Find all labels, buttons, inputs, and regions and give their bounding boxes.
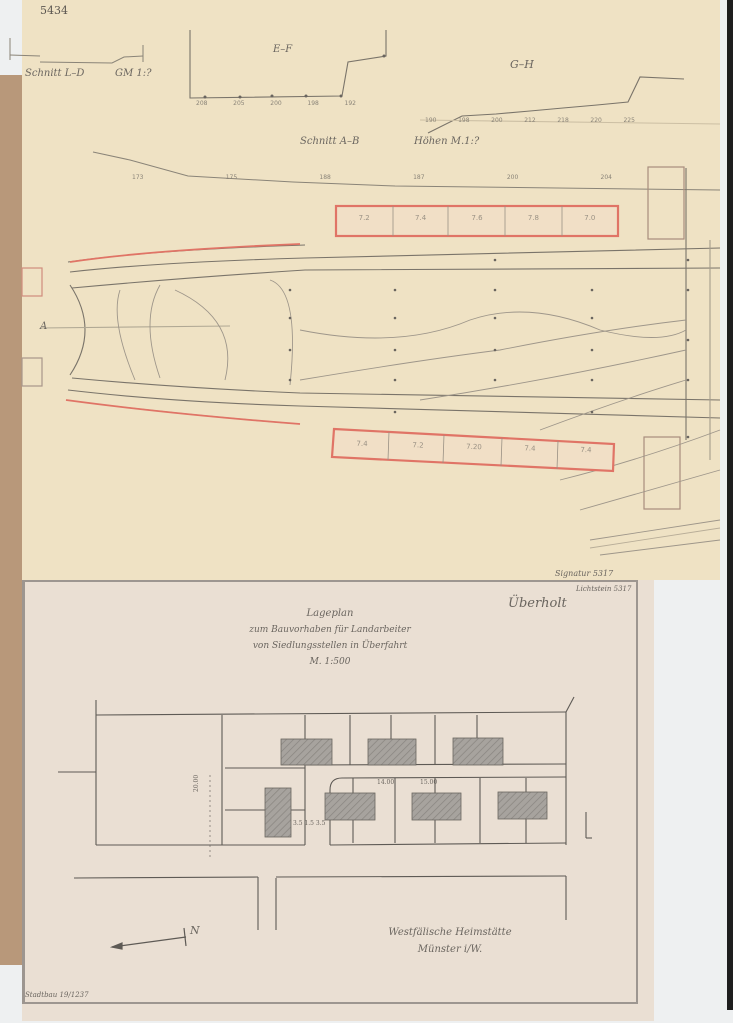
outline-lot-lower-right xyxy=(644,437,680,509)
profile-gh-label: G–H xyxy=(510,58,534,71)
building-2 xyxy=(368,739,416,765)
building-1 xyxy=(281,739,332,765)
profile-ef-dots xyxy=(204,55,386,99)
north-label: N xyxy=(190,924,200,937)
title-line-3: von Siedlungsstellen in Überfahrt xyxy=(180,638,480,654)
place-note: Lichtstein 5317 xyxy=(576,585,631,593)
dimension-horizontal-1: 14.00 xyxy=(377,779,394,786)
profile-ef xyxy=(190,30,386,98)
north-arrow-icon xyxy=(112,928,186,949)
profile-ef-label: E–F xyxy=(273,44,292,55)
signature-line-1: Westfälische Heimstätte xyxy=(360,924,540,941)
profile-ld-scale: GM 1:? xyxy=(115,68,152,79)
profile-gh xyxy=(420,77,720,133)
dimension-horizontal-2: 15.00 xyxy=(420,779,437,786)
profile-ld xyxy=(10,38,143,63)
dimension-vertical: 20.00 xyxy=(193,775,200,792)
building-3 xyxy=(453,738,503,765)
dimension-small: 3.5 1.5 3.5 xyxy=(293,820,325,827)
profile-ef-values: 208 205 200 198 192 xyxy=(196,100,356,107)
signature-line-2: Münster i/W. xyxy=(360,941,540,958)
archive-number: 5434 xyxy=(40,4,68,17)
red-road-edges xyxy=(66,244,300,424)
building-7 xyxy=(498,792,547,819)
profile-ab-label: Schnitt A–B xyxy=(300,136,359,147)
stamp-text: Signatur 5317 xyxy=(555,569,613,578)
contour-lines xyxy=(117,280,720,555)
title-line-2: zum Bauvorhaben für Landarbeiter xyxy=(180,622,480,638)
profile-ab-values: 173 175 188 187 200 204 xyxy=(132,174,612,181)
red-lot-labels-top: 7.2 7.4 7.6 7.8 7.0 xyxy=(336,214,618,222)
profile-ld-label: Schnitt L–D xyxy=(25,68,84,79)
outline-lot-upper-right xyxy=(648,167,684,239)
axis-marker-a: A xyxy=(40,321,47,332)
place-label: Überholt xyxy=(508,596,567,611)
building-6 xyxy=(412,793,461,820)
profile-ab xyxy=(93,152,720,190)
signature-block: Westfälische Heimstätte Münster i/W. xyxy=(360,924,540,958)
building-4 xyxy=(265,788,291,837)
profile-gh-values: 190 198 200 212 218 220 225 xyxy=(425,117,635,124)
bottom-left-note: Stadtbau 19/1237 xyxy=(25,991,89,999)
title-scale: M. 1:500 xyxy=(180,654,480,670)
building-5 xyxy=(325,793,375,820)
title-line-1: Lageplan xyxy=(180,606,480,622)
site-plan-title-block: Lageplan zum Bauvorhaben für Landarbeite… xyxy=(180,606,480,670)
survey-drawing xyxy=(0,0,733,1023)
profile-ab-scale: Höhen M.1:? xyxy=(414,136,479,147)
